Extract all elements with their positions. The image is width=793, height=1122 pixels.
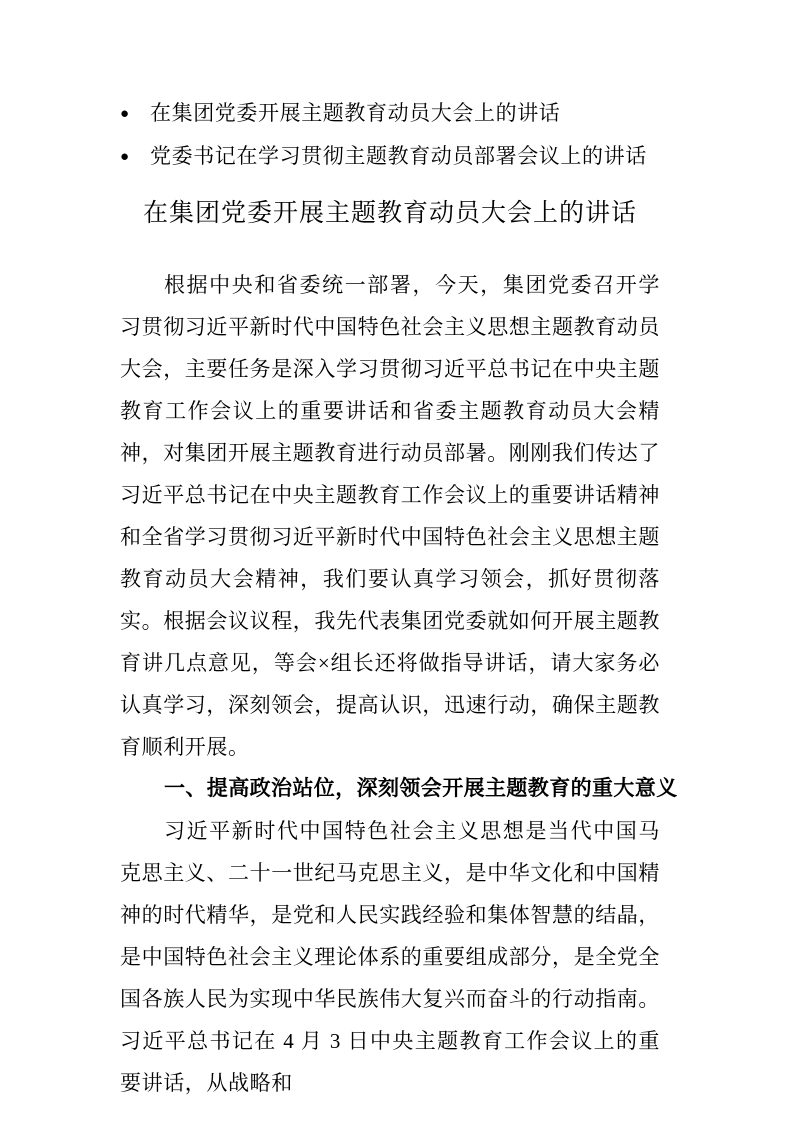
bullet-list: ● 在集团党委开展主题教育动员大会上的讲话 ● 党委书记在学习贯彻主题教育动员部…	[120, 92, 660, 178]
toc-item-text: 在集团党委开展主题教育动员大会上的讲话	[150, 92, 560, 135]
list-item: ● 在集团党委开展主题教育动员大会上的讲话	[120, 92, 660, 135]
toc-item-text: 党委书记在学习贯彻主题教育动员部署会议上的讲话	[150, 135, 647, 178]
bullet-icon: ●	[120, 135, 140, 178]
section-heading: 一、提高政治站位，深刻领会开展主题教育的重大意义	[120, 768, 660, 810]
page-content: ● 在集团党委开展主题教育动员大会上的讲话 ● 党委书记在学习贯彻主题教育动员部…	[0, 0, 793, 1122]
bullet-icon: ●	[120, 92, 140, 135]
document-page: ● 在集团党委开展主题教育动员大会上的讲话 ● 党委书记在学习贯彻主题教育动员部…	[0, 0, 793, 1122]
paragraph-1: 根据中央和省委统一部署，今天，集团党委召开学习贯彻习近平新时代中国特色社会主义思…	[120, 264, 660, 768]
paragraph-2: 习近平新时代中国特色社会主义思想是当代中国马克思主义、二十一世纪马克思主义，是中…	[120, 810, 660, 1104]
document-title: 在集团党委开展主题教育动员大会上的讲话	[120, 194, 660, 234]
list-item: ● 党委书记在学习贯彻主题教育动员部署会议上的讲话	[120, 135, 660, 178]
